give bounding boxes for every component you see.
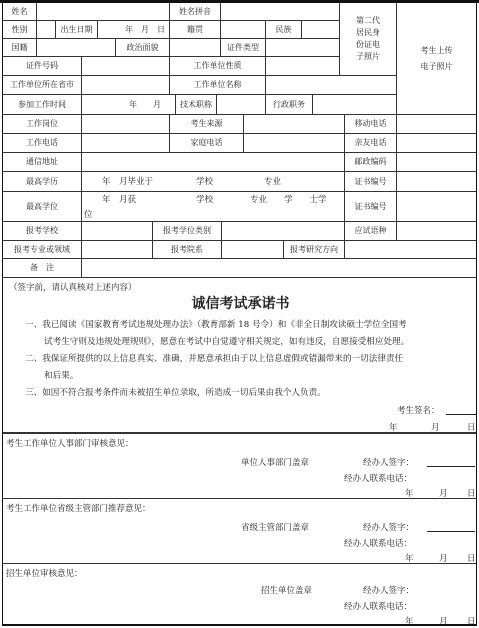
field-birth-date[interactable]: 年 月 日 (97, 20, 170, 39)
review-2-stamp: 省级主管部门盖章 (241, 521, 309, 533)
label-employer-nature: 工作单位性质 (169, 56, 266, 76)
id-photo-line-2: 居民身 (356, 27, 380, 39)
label-target-degree-type: 报考学位类别 (152, 221, 222, 241)
field-target-degree-type[interactable] (221, 221, 345, 241)
application-form-page: 姓名 姓名拼音 性别 出生日期 年 月 日 籍贯 民族 国籍 政治面貌 证件类型… (0, 0, 479, 628)
field-degree-cert-number[interactable] (396, 191, 477, 222)
field-native-place[interactable] (220, 20, 266, 39)
review-3-title: 招生单位审核意见： (6, 567, 83, 579)
field-work-phone[interactable] (81, 133, 170, 153)
label-target-department: 报考院系 (152, 240, 222, 259)
label-research-direction: 报考研究方向 (283, 240, 345, 259)
label-exam-language: 应试语种 (344, 221, 397, 241)
review-hr-department: 考生工作单位人事部门审核意见： 单位人事部门盖章 经办人签字： 经办人联系电话：… (2, 433, 477, 499)
label-birth-date: 出生日期 (55, 20, 98, 39)
label-candidate-source: 考生来源 (169, 114, 244, 134)
label-id-type: 证件类型 (220, 38, 266, 57)
field-target-major[interactable] (81, 240, 153, 259)
field-research-direction[interactable] (344, 240, 477, 259)
review-1-stamp: 单位人事部门盖章 (241, 456, 309, 468)
label-employer-location: 工作单位所在省市 (2, 75, 82, 95)
pledge-date-month: 月 (431, 421, 440, 433)
label-mobile-phone: 移动电话 (344, 114, 397, 134)
field-home-phone[interactable] (243, 133, 345, 153)
label-relative-phone: 亲友电话 (344, 133, 397, 153)
review-3-phone-label: 经办人联系电话： (344, 600, 412, 612)
field-nationality[interactable] (36, 38, 116, 57)
review-3-signer-label: 经办人签字： (363, 584, 414, 596)
label-highest-degree: 最高学位 (2, 191, 82, 222)
label-id-number: 证件号码 (2, 56, 82, 76)
label-work-start-time: 参加工作时间 (2, 94, 82, 115)
field-admin-position[interactable] (312, 94, 397, 115)
label-tech-title: 技术职称 (175, 94, 217, 115)
label-education-cert-number: 证书编号 (344, 171, 397, 192)
field-id-number[interactable] (81, 56, 170, 76)
field-id-type[interactable] (265, 38, 340, 57)
pledge-item-3: 三、如因不符合报考条件而未被招生单位录取，所造成一切后果由我个人负责。 (25, 386, 326, 398)
field-name[interactable] (36, 2, 170, 21)
field-job-position[interactable] (81, 114, 170, 134)
label-employer-name: 工作单位名称 (169, 75, 266, 95)
label-home-phone: 家庭电话 (169, 133, 244, 153)
degree-major-suffix: 专业 学 士学 (250, 195, 327, 205)
label-ethnicity: 民族 (265, 20, 302, 39)
field-highest-degree[interactable]: 年 月获 学校 专业 学 士学 位 (81, 191, 345, 222)
degree-wrap-char: 位 (84, 210, 93, 220)
review-3-month: 月 (439, 615, 448, 627)
field-political-status[interactable] (169, 38, 221, 57)
id-card-photo-box[interactable]: 第二代 居民身 份证电 子照片 (339, 2, 397, 76)
field-name-pinyin[interactable] (220, 2, 340, 21)
pledge-item-2-line-2: 和后果。 (44, 369, 78, 381)
pledge-title: 诚信考试承诺书 (1, 293, 479, 313)
label-gender: 性别 (2, 20, 37, 39)
pledge-note: （签字前，请认真核对上述内容） (9, 281, 137, 293)
review-3-day: 日 (467, 615, 476, 627)
label-admin-position: 行政职务 (265, 94, 313, 115)
review-provincial-department: 考生工作单位省级主管部门推荐意见： 省级主管部门盖章 经办人签字： 经办人联系电… (2, 498, 477, 564)
field-target-department[interactable] (221, 240, 284, 259)
label-work-phone: 工作电话 (2, 133, 82, 153)
upload-photo-box[interactable]: 考生上传 电子照片 (396, 2, 477, 115)
label-remarks: 备 注 (2, 258, 82, 278)
field-remarks[interactable] (81, 258, 477, 278)
pledge-item-1-line-1: 一、我已阅读《国家教育考试违规处理办法》（教育部新 18 号令）和《非全日制攻读… (25, 318, 407, 330)
review-1-phone-label: 经办人联系电话： (344, 472, 412, 484)
label-target-major: 报考专业或领域 (2, 240, 82, 259)
review-2-signer-label: 经办人签字： (363, 521, 414, 533)
pledge-date-day: 日 (467, 421, 476, 433)
field-employer-name[interactable] (265, 75, 397, 95)
grad-major-label: 专业 (264, 177, 281, 187)
field-ethnicity[interactable] (301, 20, 340, 39)
pledge-item-2-line-1: 二、我保证所提供的以上信息真实、准确，并愿意承担由于以上信息虚假或错漏带来的一切… (25, 352, 403, 364)
field-education-cert-number[interactable] (396, 171, 477, 192)
label-name: 姓名 (2, 2, 37, 21)
field-exam-language[interactable] (396, 221, 477, 241)
label-political-status: 政治面貌 (115, 38, 170, 57)
degree-school-label: 学校 (196, 195, 213, 205)
label-target-school: 报考学校 (2, 221, 82, 241)
field-mailing-address[interactable] (81, 152, 345, 172)
label-job-position: 工作岗位 (2, 114, 82, 134)
label-postal-code: 邮政编码 (344, 152, 397, 172)
id-photo-line-1: 第二代 (356, 15, 380, 27)
field-employer-location[interactable] (81, 75, 170, 95)
pledge-item-1-line-2: 试考生守则及违规处理规则》，愿意在考试中自觉遵守相关规定，如有违反，自愿接受相应… (44, 335, 409, 347)
grad-prefix: 年 月毕业于 (102, 177, 153, 187)
field-gender[interactable] (36, 20, 56, 39)
field-mobile-phone[interactable] (396, 114, 477, 134)
field-postal-code[interactable] (396, 152, 477, 172)
signature-label: 考生签名： (397, 404, 440, 416)
upload-photo-line-2: 电子照片 (421, 59, 453, 75)
upload-photo-line-1: 考生上传 (421, 43, 453, 59)
review-1-signer-label: 经办人签字： (363, 456, 414, 468)
field-work-start-time[interactable]: 年 月 (81, 94, 176, 115)
review-1-title: 考生工作单位人事部门审核意见： (6, 437, 134, 449)
label-native-place: 籍贯 (169, 20, 221, 39)
review-3-year: 年 (405, 615, 414, 627)
label-nationality: 国籍 (2, 38, 37, 57)
pledge-section: （签字前，请认真核对上述内容） 诚信考试承诺书 一、我已阅读《国家教育考试违规处… (2, 277, 477, 433)
grad-school-label: 学校 (196, 177, 213, 187)
label-name-pinyin: 姓名拼音 (169, 2, 221, 21)
label-highest-education: 最高学历 (2, 171, 82, 192)
label-degree-cert-number: 证书编号 (344, 191, 397, 222)
review-2-phone-label: 经办人联系电话： (344, 537, 412, 549)
field-candidate-source[interactable] (243, 114, 345, 134)
label-mailing-address: 通信地址 (2, 152, 82, 172)
field-target-school[interactable] (81, 221, 153, 241)
field-employer-nature[interactable] (265, 56, 340, 76)
review-1-signature-line[interactable] (427, 466, 475, 467)
degree-prefix: 年 月获 (102, 195, 136, 205)
review-3-stamp: 招生单位盖章 (261, 584, 312, 596)
id-photo-line-3: 份证电 (356, 39, 380, 51)
review-admission-unit: 招生单位审核意见： 招生单位盖章 经办人签字： 经办人联系电话： 年 月 日 (2, 563, 477, 626)
field-tech-title[interactable] (216, 94, 266, 115)
review-2-title: 考生工作单位省级主管部门推荐意见： (6, 502, 151, 514)
id-photo-line-4: 子照片 (356, 51, 380, 63)
field-highest-education[interactable]: 年 月毕业于 学校 专业 (81, 171, 345, 192)
review-2-signature-line[interactable] (427, 531, 475, 532)
field-relative-phone[interactable] (396, 133, 477, 153)
candidate-signature-line[interactable] (446, 414, 476, 415)
pledge-date-year: 年 (389, 421, 398, 433)
